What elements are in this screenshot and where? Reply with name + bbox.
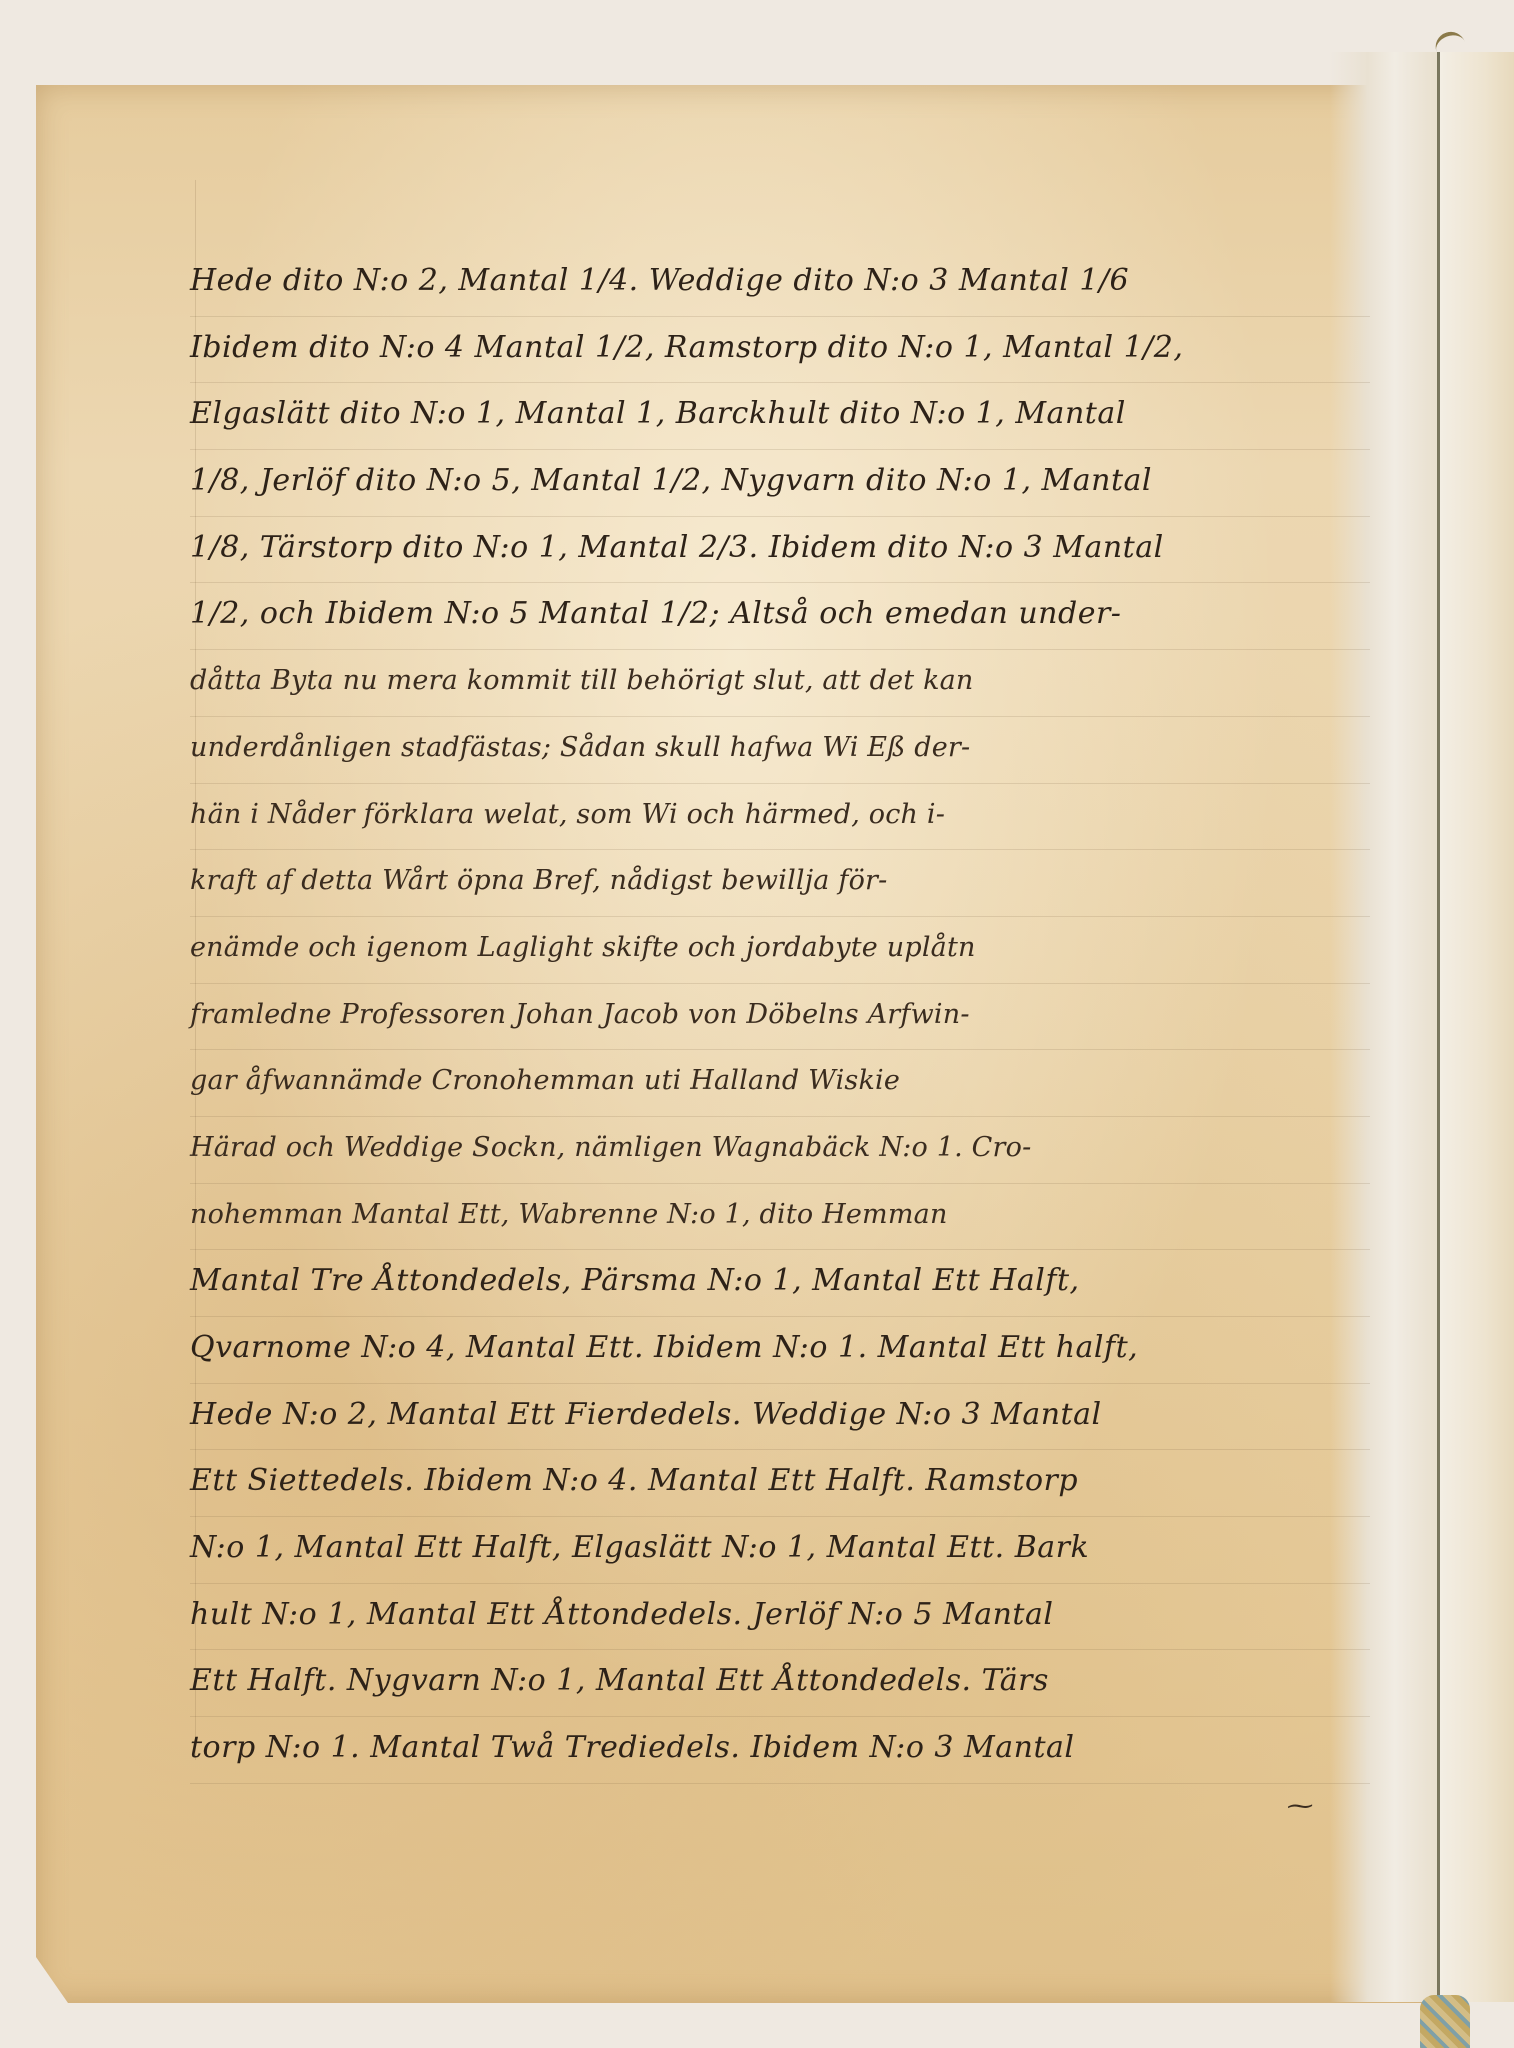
text-line: 1/8, Jerlöf dito N:o 5, Mantal 1/2, Nygv… [190,450,1370,517]
text-line: 1/2, och Ibidem N:o 5 Mantal 1/2; Altså … [190,583,1370,650]
text-line: Hede N:o 2, Mantal Ett Fierdedels. Weddi… [190,1384,1370,1451]
text-line: torp N:o 1. Mantal Twå Trediedels. Ibide… [190,1717,1370,1784]
manuscript-text: Hede dito N:o 2, Mantal 1/4. Weddige dit… [190,250,1370,1784]
text-line: 1/8, Tärstorp dito N:o 1, Mantal 2/3. Ib… [190,517,1370,584]
text-line: underdånligen stadfästas; Sådan skull ha… [190,717,1370,784]
folded-flap [1440,52,1514,2002]
text-line: Ibidem dito N:o 4 Mantal 1/2, Ramstorp d… [190,317,1370,384]
text-line: kraft af detta Wårt öpna Bref, nådigst b… [190,850,1370,917]
text-line: Elgaslätt dito N:o 1, Mantal 1, Barckhul… [190,383,1370,450]
text-line: N:o 1, Mantal Ett Halft, Elgaslätt N:o 1… [190,1517,1370,1584]
text-line: framledne Professoren Johan Jacob von Dö… [190,984,1370,1051]
text-line: enämde och igenom Laglight skifte och jo… [190,917,1370,984]
text-line: dåtta Byta nu mera kommit till behörigt … [190,650,1370,717]
catchword-flourish: ~ [1284,1792,1316,1820]
text-line: hult N:o 1, Mantal Ett Åttondedels. Jerl… [190,1584,1370,1651]
text-line: nohemman Mantal Ett, Wabrenne N:o 1, dit… [190,1184,1370,1251]
binding-cord-bottom [1420,1995,1470,2048]
text-line: Mantal Tre Åttondedels, Pärsma N:o 1, Ma… [190,1250,1370,1317]
text-line: Hede dito N:o 2, Mantal 1/4. Weddige dit… [190,250,1370,317]
text-line: Qvarnome N:o 4, Mantal Ett. Ibidem N:o 1… [190,1317,1370,1384]
text-line: hän i Nåder förklara welat, som Wi och h… [190,784,1370,851]
text-line: Ett Siettedels. Ibidem N:o 4. Mantal Ett… [190,1450,1370,1517]
text-line: Ett Halft. Nygvarn N:o 1, Mantal Ett Ått… [190,1650,1370,1717]
text-line: Härad och Weddige Sockn, nämligen Wagnab… [190,1117,1370,1184]
text-line: gar åfwannämde Cronohemman uti Halland W… [190,1050,1370,1117]
